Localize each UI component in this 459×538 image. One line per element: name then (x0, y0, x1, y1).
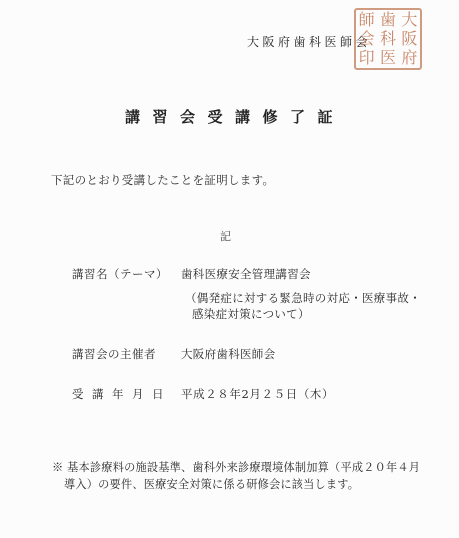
attendance-date-label: 受講年月日 (72, 386, 172, 402)
seal-char: 師 (356, 12, 377, 28)
attendance-date-value: 平成２８年2月２５日（木） (181, 386, 334, 402)
seal-char: 科 (377, 31, 398, 47)
seal-char: 阪 (399, 31, 420, 47)
seal-char: 印 (356, 50, 377, 66)
official-seal-icon: 師 歯 大 会 科 阪 印 医 府 (354, 8, 422, 70)
footnote-line2: 導入）の要件、医療安全対策に係る研修会に該当します。 (64, 476, 359, 492)
seal-char: 医 (377, 50, 398, 66)
seal-char: 大 (399, 12, 420, 28)
course-subtitle-line2: 感染症対策について） (192, 306, 310, 322)
course-name-label: 講習名（テーマ） (72, 266, 168, 282)
certification-statement: 下記のとおり受講したことを証明します。 (51, 172, 274, 188)
seal-char: 歯 (377, 12, 398, 28)
course-subtitle-line1: （偶発症に対する緊急時の対応・医療事故・ (185, 290, 421, 306)
certificate-page: 大阪府歯科医師会 師 歯 大 会 科 阪 印 医 府 講習会受講修了証 下記のと… (0, 0, 459, 538)
organizer-value: 大阪府歯科医師会 (181, 346, 275, 362)
seal-char: 会 (356, 31, 377, 47)
course-name-value: 歯科医療安全管理講習会 (181, 266, 311, 282)
seal-char: 府 (399, 50, 420, 66)
ki-heading: 記 (220, 228, 231, 244)
issuer-name: 大阪府歯科医師会 (247, 33, 371, 50)
document-title: 講習会受講修了証 (125, 106, 345, 127)
footnote-line1: ※ 基本診療料の施設基準、歯科外来診療環境体制加算（平成２０年４月 (52, 459, 420, 475)
organizer-label: 講習会の主催者 (72, 346, 156, 362)
